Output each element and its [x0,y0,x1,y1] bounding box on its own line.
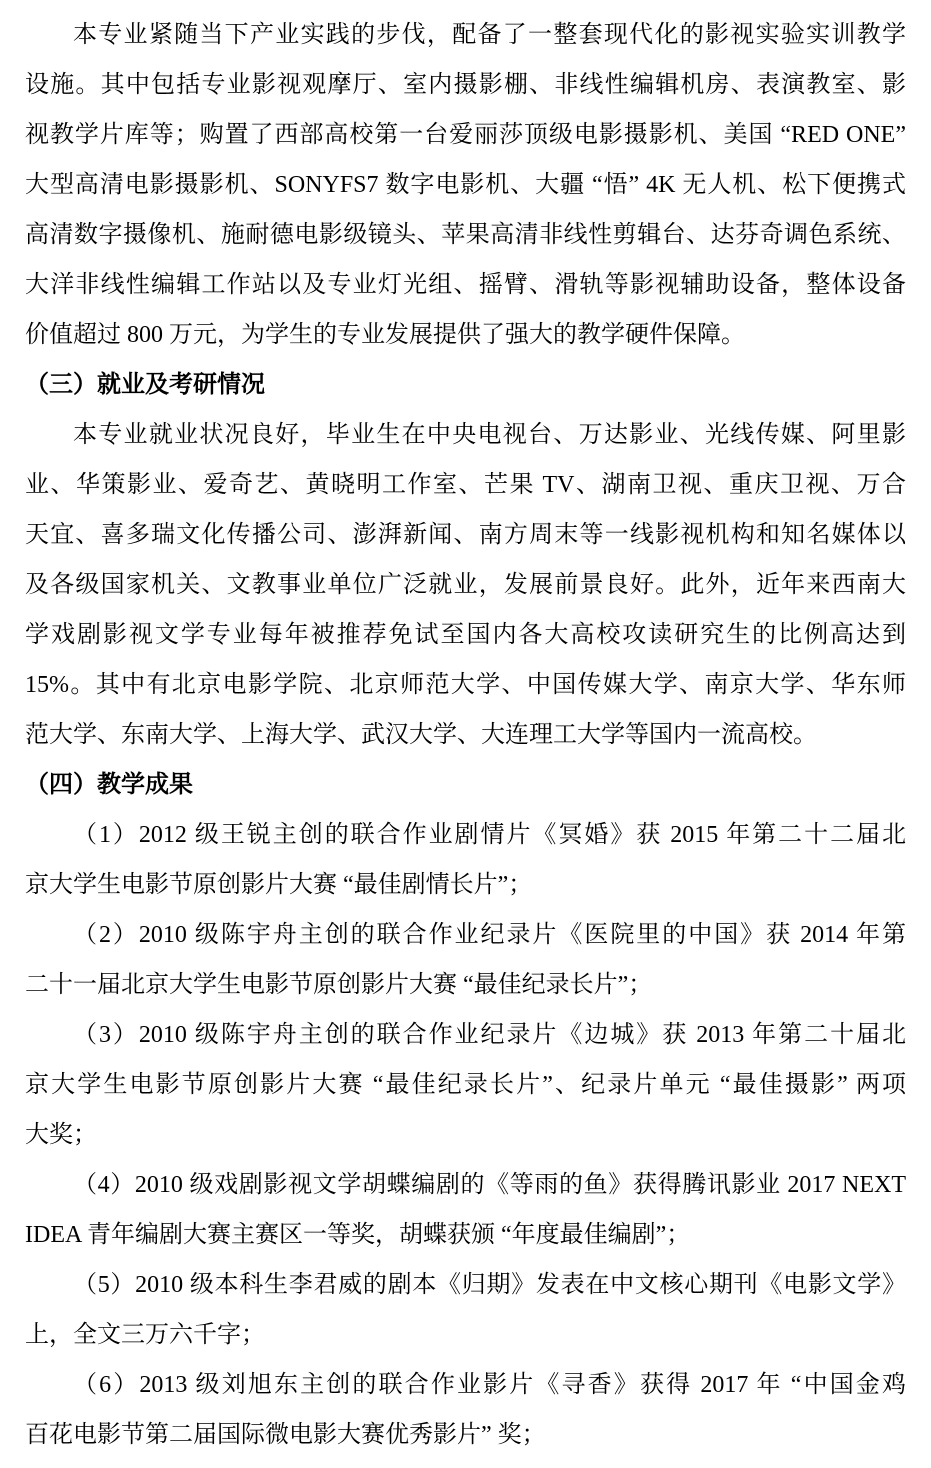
text-line: （2）2010 级陈宇舟主创的联合作业纪录片《医院里的中国》获 2014 年第 [25,910,906,960]
paragraph-achievement-4: （4）2010 级戏剧影视文学胡蝶编剧的《等雨的鱼》获得腾讯影业 2017 NE… [25,1160,906,1260]
text-line: 大奖； [25,1110,906,1160]
text-line: 大型高清电影摄影机、SONYFS7 数字电影机、大疆 “悟” 4K 无人机、松下… [25,160,906,210]
text-line: （3）2010 级陈宇舟主创的联合作业纪录片《边城》获 2013 年第二十届北 [25,1010,906,1060]
paragraph-achievement-6: （6）2013 级刘旭东主创的联合作业影片《寻香》获得 2017 年 “中国金鸡… [25,1360,906,1460]
text-line: 业、华策影业、爱奇艺、黄晓明工作室、芒果 TV、湖南卫视、重庆卫视、万合 [25,460,906,510]
text-line: 及各级国家机关、文教事业单位广泛就业，发展前景良好。此外，近年来西南大 [25,560,906,610]
text-line: （6）2013 级刘旭东主创的联合作业影片《寻香》获得 2017 年 “中国金鸡 [25,1360,906,1410]
text-line: 高清数字摄像机、施耐德电影级镜头、苹果高清非线性剪辑台、达芬奇调色系统、 [25,210,906,260]
section-heading-employment: （三）就业及考研情况 [25,360,906,410]
text-line: 本专业就业状况良好，毕业生在中央电视台、万达影业、光线传媒、阿里影 [25,410,906,460]
text-line: 百花电影节第二届国际微电影大赛优秀影片” 奖； [25,1410,906,1460]
text-line: 二十一届北京大学生电影节原创影片大赛 “最佳纪录长片”； [25,960,906,1010]
text-line: 京大学生电影节原创影片大赛 “最佳剧情长片”； [25,860,906,910]
text-line: 范大学、东南大学、上海大学、武汉大学、大连理工大学等国内一流高校。 [25,710,906,760]
paragraph-achievement-5: （5）2010 级本科生李君威的剧本《归期》发表在中文核心期刊《电影文学》 上，… [25,1260,906,1360]
text-line: （5）2010 级本科生李君威的剧本《归期》发表在中文核心期刊《电影文学》 [25,1260,906,1310]
text-line: 京大学生电影节原创影片大赛 “最佳纪录长片”、纪录片单元 “最佳摄影” 两项 [25,1060,906,1110]
text-line: 本专业紧随当下产业实践的步伐，配备了一整套现代化的影视实验实训教学 [25,10,906,60]
section-heading-teaching-achievements: （四）教学成果 [25,760,906,810]
paragraph-facilities: 本专业紧随当下产业实践的步伐，配备了一整套现代化的影视实验实训教学 设施。其中包… [25,10,906,360]
text-line: IDEA 青年编剧大赛主赛区一等奖，胡蝶获颁 “年度最佳编剧”； [25,1210,906,1260]
text-line: 15%。其中有北京电影学院、北京师范大学、中国传媒大学、南京大学、华东师 [25,660,906,710]
text-line: （4）2010 级戏剧影视文学胡蝶编剧的《等雨的鱼》获得腾讯影业 2017 NE… [25,1160,906,1210]
paragraph-achievement-3: （3）2010 级陈宇舟主创的联合作业纪录片《边城》获 2013 年第二十届北 … [25,1010,906,1160]
text-line: 学戏剧影视文学专业每年被推荐免试至国内各大高校攻读研究生的比例高达到 [25,610,906,660]
text-line: 视教学片库等；购置了西部高校第一台爱丽莎顶级电影摄影机、美国 “RED ONE” [25,110,906,160]
paragraph-achievement-1: （1）2012 级王锐主创的联合作业剧情片《冥婚》获 2015 年第二十二届北 … [25,810,906,910]
paragraph-employment: 本专业就业状况良好，毕业生在中央电视台、万达影业、光线传媒、阿里影 业、华策影业… [25,410,906,760]
document-page: 本专业紧随当下产业实践的步伐，配备了一整套现代化的影视实验实训教学 设施。其中包… [0,0,931,1468]
text-line: （1）2012 级王锐主创的联合作业剧情片《冥婚》获 2015 年第二十二届北 [25,810,906,860]
text-line: 上，全文三万六千字； [25,1310,906,1360]
text-line: 价值超过 800 万元，为学生的专业发展提供了强大的教学硬件保障。 [25,310,906,360]
text-line: 天宜、喜多瑞文化传播公司、澎湃新闻、南方周末等一线影视机构和知名媒体以 [25,510,906,560]
text-line: 设施。其中包括专业影视观摩厅、室内摄影棚、非线性编辑机房、表演教室、影 [25,60,906,110]
paragraph-achievement-2: （2）2010 级陈宇舟主创的联合作业纪录片《医院里的中国》获 2014 年第 … [25,910,906,1010]
text-line: 大洋非线性编辑工作站以及专业灯光组、摇臂、滑轨等影视辅助设备，整体设备 [25,260,906,310]
